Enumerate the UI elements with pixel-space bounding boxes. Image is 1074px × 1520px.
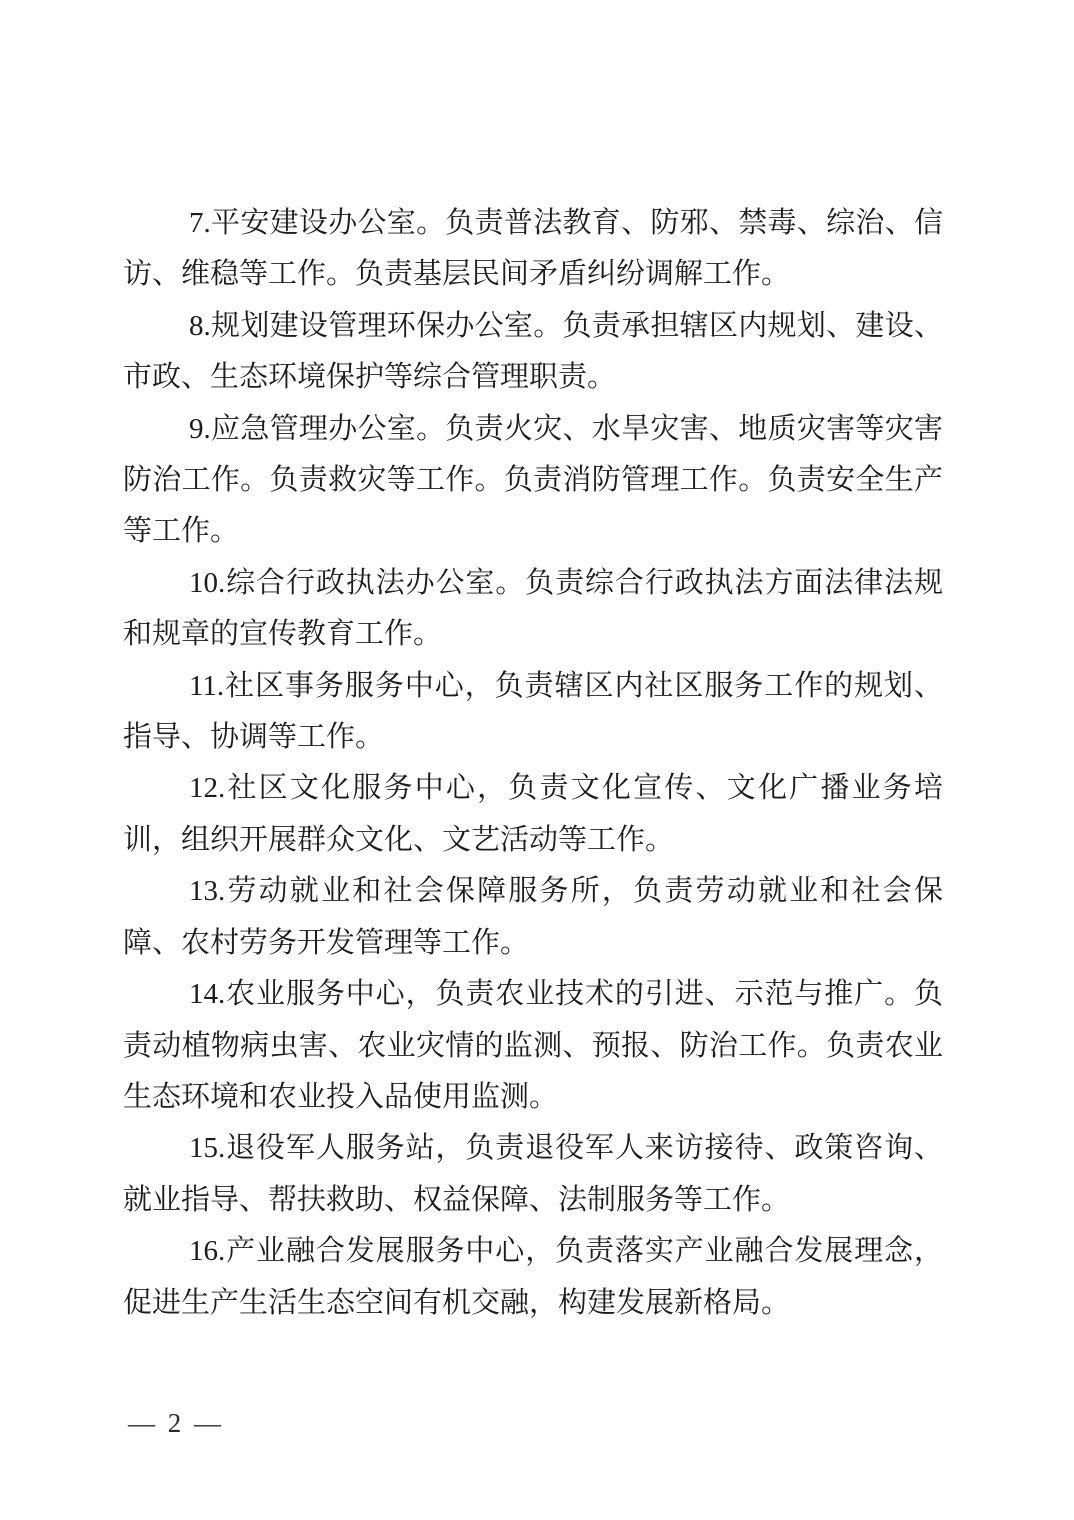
document-page: 7.平安建设办公室。负责普法教育、防邪、禁毒、综治、信访、维稳等工作。负责基层民… [0,0,1074,1520]
page-number: — 2 — [128,1408,224,1438]
paragraph-item-14: 14.农业服务中心，负责农业技术的引进、示范与推广。负责动植物病虫害、农业灾情的… [123,969,943,1123]
paragraph-item-16: 16.产业融合发展服务中心，负责落实产业融合发展理念，促进生产生活生态空间有机交… [123,1226,943,1329]
paragraph-item-10: 10.综合行政执法办公室。负责综合行政执法方面法律法规和规章的宣传教育工作。 [123,558,943,661]
paragraph-item-12: 12.社区文化服务中心，负责文化宣传、文化广播业务培训，组织开展群众文化、文艺活… [123,763,943,866]
paragraph-item-11: 11.社区事务服务中心，负责辖区内社区服务工作的规划、指导、协调等工作。 [123,661,943,764]
paragraph-item-15: 15.退役军人服务站，负责退役军人来访接待、政策咨询、就业指导、帮扶救助、权益保… [123,1123,943,1226]
paragraph-item-7: 7.平安建设办公室。负责普法教育、防邪、禁毒、综治、信访、维稳等工作。负责基层民… [123,198,943,301]
paragraph-item-13: 13.劳动就业和社会保障服务所，负责劳动就业和社会保障、农村劳务开发管理等工作。 [123,866,943,969]
paragraph-item-9: 9.应急管理办公室。负责火灾、水旱灾害、地质灾害等灾害防治工作。负责救灾等工作。… [123,404,943,558]
paragraph-item-8: 8.规划建设管理环保办公室。负责承担辖区内规划、建设、市政、生态环境保护等综合管… [123,301,943,404]
document-body: 7.平安建设办公室。负责普法教育、防邪、禁毒、综治、信访、维稳等工作。负责基层民… [123,198,943,1329]
